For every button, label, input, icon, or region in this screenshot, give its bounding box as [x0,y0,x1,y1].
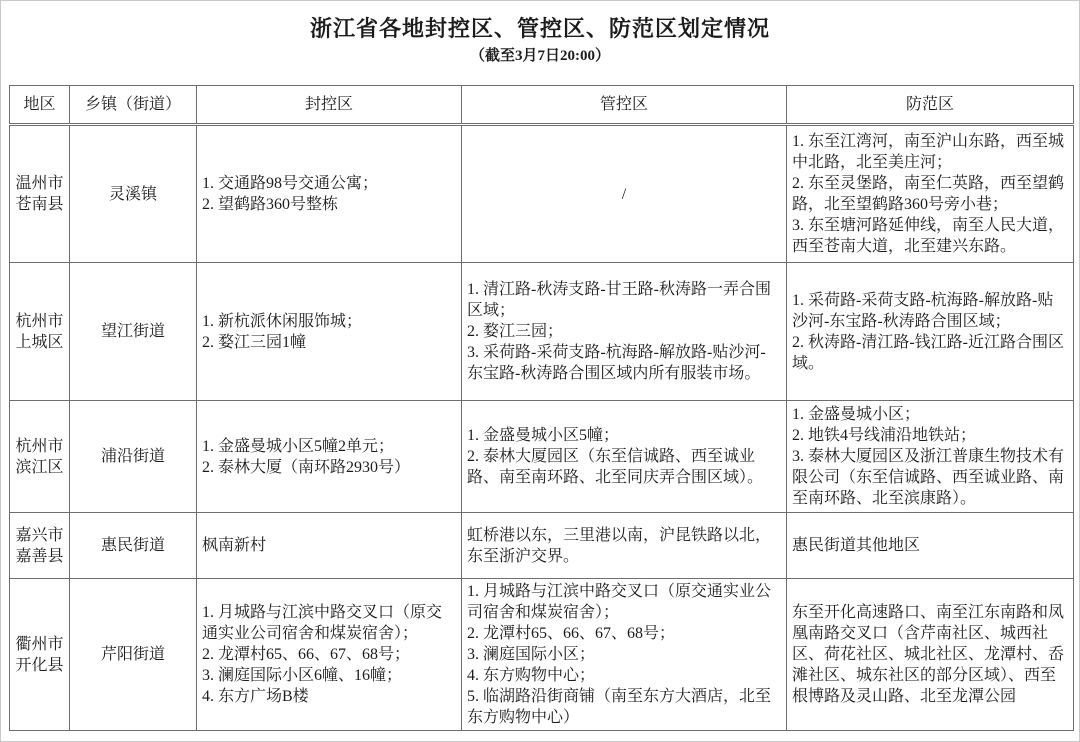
cell-guankong: 1. 金盛曼城小区5幢；2. 泰林大厦园区（东至信诚路、西至诚业路、南至南环路、… [462,401,787,513]
cell-guankong: 虹桥港以东，三里港以南，沪昆铁路以北，东至浙沪交界。 [462,513,787,579]
table-row: 嘉兴市嘉善县 惠民街道 枫南新村 虹桥港以东，三里港以南，沪昆铁路以北，东至浙沪… [10,513,1074,579]
cell-guankong: 1. 清江路-秋涛支路-甘王路-秋涛路一弄合围区域；2. 婺江三园；3. 采荷路… [462,263,787,401]
document-page: { "page": { "title": "浙江省各地封控区、管控区、防范区划定… [0,0,1080,742]
cell-fengkong: 枫南新村 [197,513,462,579]
cell-township: 惠民街道 [70,513,197,579]
cell-region: 杭州市滨江区 [10,401,70,513]
page-title: 浙江省各地封控区、管控区、防范区划定情况 [1,15,1079,43]
cell-fangfan: 惠民街道其他地区 [787,513,1074,579]
col-header-guankong: 管控区 [462,86,787,125]
cell-fangfan: 1. 采荷路-采荷支路-杭海路-解放路-贴沙河-东宝路-秋涛路合围区域；2. 秋… [787,263,1074,401]
table-row: 衢州市开化县 芹阳街道 1. 月城路与江滨中路交叉口（原交通实业公司宿舍和煤炭宿… [10,579,1074,731]
cell-fangfan: 1. 金盛曼城小区；2. 地铁4号线浦沿地铁站；3. 泰林大厦园区及浙江普康生物… [787,401,1074,513]
cell-township: 灵溪镇 [70,125,197,263]
cell-guankong: 1. 月城路与江滨中路交叉口（原交通实业公司宿舍和煤炭宿舍）；2. 龙潭村65、… [462,579,787,731]
zones-table: 地区 乡镇（街道） 封控区 管控区 防范区 温州市苍南县 灵溪镇 1. 交通路9… [9,85,1074,731]
cell-township: 望江街道 [70,263,197,401]
table-row: 杭州市上城区 望江街道 1. 新杭派休闲服饰城；2. 婺江三园1幢 1. 清江路… [10,263,1074,401]
cell-region: 温州市苍南县 [10,125,70,263]
cell-region: 杭州市上城区 [10,263,70,401]
cell-fengkong: 1. 月城路与江滨中路交叉口（原交通实业公司宿舍和煤炭宿舍）；2. 龙潭村65、… [197,579,462,731]
table-row: 杭州市滨江区 浦沿街道 1. 金盛曼城小区5幢2单元；2. 泰林大厦（南环路29… [10,401,1074,513]
cell-region: 衢州市开化县 [10,579,70,731]
col-header-township: 乡镇（街道） [70,86,197,125]
cell-guankong: / [462,125,787,263]
cell-township: 芹阳街道 [70,579,197,731]
col-header-region: 地区 [10,86,70,125]
cell-region: 嘉兴市嘉善县 [10,513,70,579]
col-header-fangfan: 防范区 [787,86,1074,125]
cell-fangfan: 1. 东至江湾河，南至沪山东路，西至城中北路，北至美庄河；2. 东至灵堡路，南至… [787,125,1074,263]
cell-fengkong: 1. 交通路98号交通公寓；2. 望鹤路360号整栋 [197,125,462,263]
cell-township: 浦沿街道 [70,401,197,513]
cell-fengkong: 1. 新杭派休闲服饰城；2. 婺江三园1幢 [197,263,462,401]
table-row: 温州市苍南县 灵溪镇 1. 交通路98号交通公寓；2. 望鹤路360号整栋 / … [10,125,1074,263]
cell-fangfan: 东至开化高速路口、南至江东南路和凤凰南路交叉口（含芹南社区、城西社区、荷花社区、… [787,579,1074,731]
page-subtitle: （截至3月7日20:00） [1,45,1079,67]
col-header-fengkong: 封控区 [197,86,462,125]
table-header-row: 地区 乡镇（街道） 封控区 管控区 防范区 [10,86,1074,125]
cell-fengkong: 1. 金盛曼城小区5幢2单元；2. 泰林大厦（南环路2930号） [197,401,462,513]
